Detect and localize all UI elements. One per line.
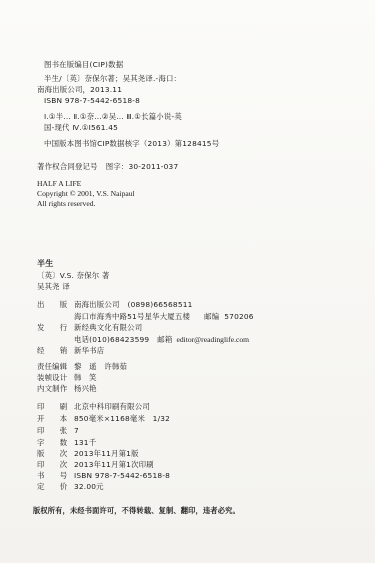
publisher-name: 南海出版公司 bbox=[74, 300, 120, 309]
distributor-row: 发 行新经典文化有限公司 bbox=[37, 323, 142, 333]
distributor-phone: 电话(010)68423599 bbox=[74, 335, 149, 344]
seller-name: 新华书店 bbox=[74, 346, 104, 355]
design-row: 装帧设计韩 笑 bbox=[37, 373, 97, 383]
spec-value: 2013年11月第1版 bbox=[74, 449, 139, 458]
copyright-page: 图书在版编目(CIP)数据 半生/〔英〕奈保尔著；吴其尧译.-海口： 南海出版公… bbox=[0, 0, 375, 563]
cip-verification: 中国版本图书馆CIP数据核字（2013）第128415号 bbox=[44, 139, 219, 149]
spec-label: 开 本 bbox=[37, 414, 74, 424]
email-label: 邮箱 bbox=[157, 335, 172, 344]
spec-value: 131千 bbox=[74, 438, 96, 447]
original-title: HALF A LIFE bbox=[37, 179, 81, 189]
distributor-name: 新经典文化有限公司 bbox=[74, 323, 142, 332]
spec-row-isbn: 书 号ISBN 978-7-5442-6518-8 bbox=[37, 471, 170, 481]
publisher-address-row: 海口市海秀中路51号星华大厦五楼邮编570206 bbox=[74, 312, 254, 322]
book-translator: 吴其尧 译 bbox=[37, 282, 70, 292]
spec-value: 32.00元 bbox=[74, 482, 104, 491]
spec-label: 印 刷 bbox=[37, 402, 74, 412]
spec-row-wordcount: 字 数131千 bbox=[37, 438, 96, 448]
copyright-registration: 著作权合同登记号图字：30-2011-037 bbox=[37, 162, 178, 172]
spec-value: 北京中科印刷有限公司 bbox=[74, 402, 150, 411]
spec-row-printing: 印 次2013年11月第1次印刷 bbox=[37, 460, 154, 470]
spec-label: 书 号 bbox=[37, 471, 74, 481]
spec-label: 版 次 bbox=[37, 449, 74, 459]
spec-row-printer: 印 刷北京中科印刷有限公司 bbox=[37, 402, 150, 412]
design-name: 韩 笑 bbox=[74, 373, 97, 382]
cip-line-4: Ⅰ.①半… Ⅱ.①奈…②吴… Ⅲ.①长篇小说-英 bbox=[44, 112, 182, 122]
publisher-row: 出 版南海出版公司(0898)66568511 bbox=[37, 300, 193, 310]
original-rights: All rights reserved. bbox=[37, 199, 95, 209]
spec-row-edition: 版 次2013年11月第1版 bbox=[37, 449, 139, 459]
spec-row-format: 开 本850毫米×1168毫米 1/32 bbox=[37, 414, 170, 424]
cip-line-1: 半生/〔英〕奈保尔著；吴其尧译.-海口： bbox=[44, 74, 181, 84]
copyright-registration-value: 图字：30-2011-037 bbox=[106, 162, 179, 171]
book-author: 〔英〕V.S. 奈保尔 著 bbox=[37, 271, 110, 281]
spec-label: 印 张 bbox=[37, 426, 74, 436]
spec-row-sheets: 印 张7 bbox=[37, 426, 79, 436]
editor-row: 责任编辑黎 遥 许韩茹 bbox=[37, 362, 127, 372]
postcode-label: 邮编 bbox=[204, 312, 219, 321]
book-title: 半生 bbox=[37, 259, 53, 269]
copyright-registration-label: 著作权合同登记号 bbox=[37, 162, 98, 171]
layout-label: 内文制作 bbox=[37, 384, 74, 394]
layout-name: 杨兴艳 bbox=[74, 384, 97, 393]
email: editor@readinglife.com bbox=[176, 335, 249, 344]
spec-value: 7 bbox=[74, 426, 79, 435]
cip-heading: 图书在版编目(CIP)数据 bbox=[44, 60, 123, 70]
distributor-contact-row: 电话(010)68423599邮箱editor@readinglife.com bbox=[74, 335, 249, 345]
seller-row: 经 销新华书店 bbox=[37, 346, 104, 356]
spec-label: 字 数 bbox=[37, 438, 74, 448]
editor-label: 责任编辑 bbox=[37, 362, 74, 372]
publisher-phone: (0898)66568511 bbox=[128, 300, 193, 309]
publisher-address: 海口市海秀中路51号星华大厦五楼 bbox=[74, 312, 190, 321]
spec-value: ISBN 978-7-5442-6518-8 bbox=[74, 471, 170, 480]
spec-label: 定 价 bbox=[37, 482, 74, 492]
cip-line-2: 南海出版公司，2013.11 bbox=[37, 85, 122, 95]
original-copyright: Copyright © 2001, V.S. Naipaul bbox=[37, 189, 135, 199]
layout-row: 内文制作杨兴艳 bbox=[37, 384, 97, 394]
spec-row-price: 定 价32.00元 bbox=[37, 482, 104, 492]
rights-notice: 版权所有，未经书面许可，不得转载、复制、翻印，违者必究。 bbox=[33, 506, 240, 516]
distributor-label: 发 行 bbox=[37, 323, 74, 333]
seller-label: 经 销 bbox=[37, 346, 74, 356]
cip-line-3: ISBN 978-7-5442-6518-8 bbox=[44, 96, 140, 106]
spec-label: 印 次 bbox=[37, 460, 74, 470]
cip-line-5: 国-现代 Ⅳ.①I561.45 bbox=[44, 123, 118, 133]
postcode: 570206 bbox=[224, 312, 253, 321]
editor-names: 黎 遥 许韩茹 bbox=[74, 362, 127, 371]
design-label: 装帧设计 bbox=[37, 373, 74, 383]
publisher-label: 出 版 bbox=[37, 300, 74, 310]
spec-value: 2013年11月第1次印刷 bbox=[74, 460, 154, 469]
spec-value: 850毫米×1168毫米 1/32 bbox=[74, 414, 170, 423]
